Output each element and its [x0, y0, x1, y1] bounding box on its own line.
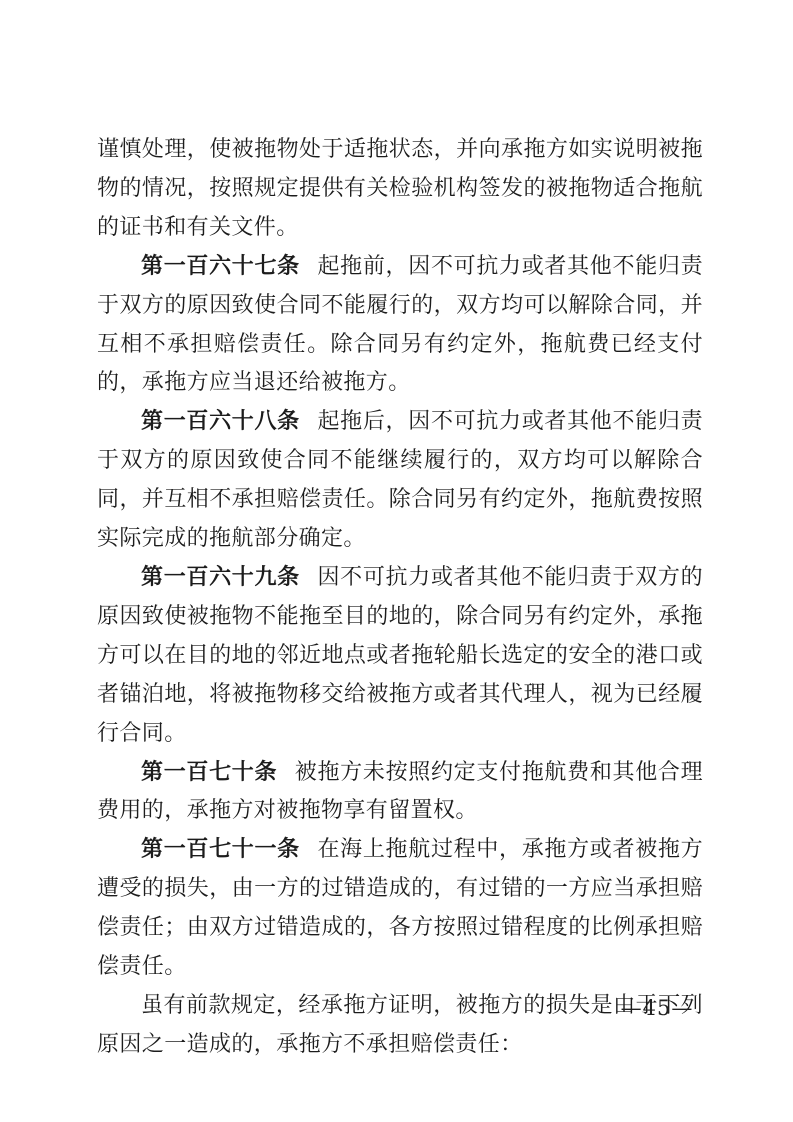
article-label: 第一百六十七条	[141, 254, 300, 279]
paragraph-article-167: 第一百六十七条起拖前，因不可抗力或者其他不能归责于双方的原因致使合同不能履行的，…	[97, 248, 703, 404]
article-label: 第一百六十八条	[141, 409, 300, 434]
article-label: 第一百七十一条	[141, 837, 300, 862]
article-label: 第一百七十条	[141, 760, 277, 785]
paragraph-continuation: 谨慎处理，使被拖物处于适拖状态，并向承拖方如实说明被拖物的情况，按照规定提供有关…	[97, 131, 703, 248]
paragraph-text: 因不可抗力或者其他不能归责于双方的原因致使被拖物不能拖至目的地的，除合同另有约定…	[97, 565, 703, 746]
paragraph-article-171: 第一百七十一条在海上拖航过程中，承拖方或者被拖方遭受的损失，由一方的过错造成的，…	[97, 831, 703, 987]
paragraph-text: 谨慎处理，使被拖物处于适拖状态，并向承拖方如实说明被拖物的情况，按照规定提供有关…	[97, 137, 703, 240]
paragraph-article-170: 第一百七十条被拖方未按照约定支付拖航费和其他合理费用的，承拖方对被拖物享有留置权…	[97, 754, 703, 832]
article-label: 第一百六十九条	[141, 565, 300, 590]
document-page: 谨慎处理，使被拖物处于适拖状态，并向承拖方如实说明被拖物的情况，按照规定提供有关…	[0, 0, 793, 1122]
paragraph-article-168: 第一百六十八条起拖后，因不可抗力或者其他不能归责于双方的原因致使合同不能继续履行…	[97, 403, 703, 559]
document-body: 谨慎处理，使被拖物处于适拖状态，并向承拖方如实说明被拖物的情况，按照规定提供有关…	[97, 131, 703, 1065]
page-number: —45—	[612, 996, 702, 1020]
paragraph-article-169: 第一百六十九条因不可抗力或者其他不能归责于双方的原因致使被拖物不能拖至目的地的，…	[97, 559, 703, 754]
